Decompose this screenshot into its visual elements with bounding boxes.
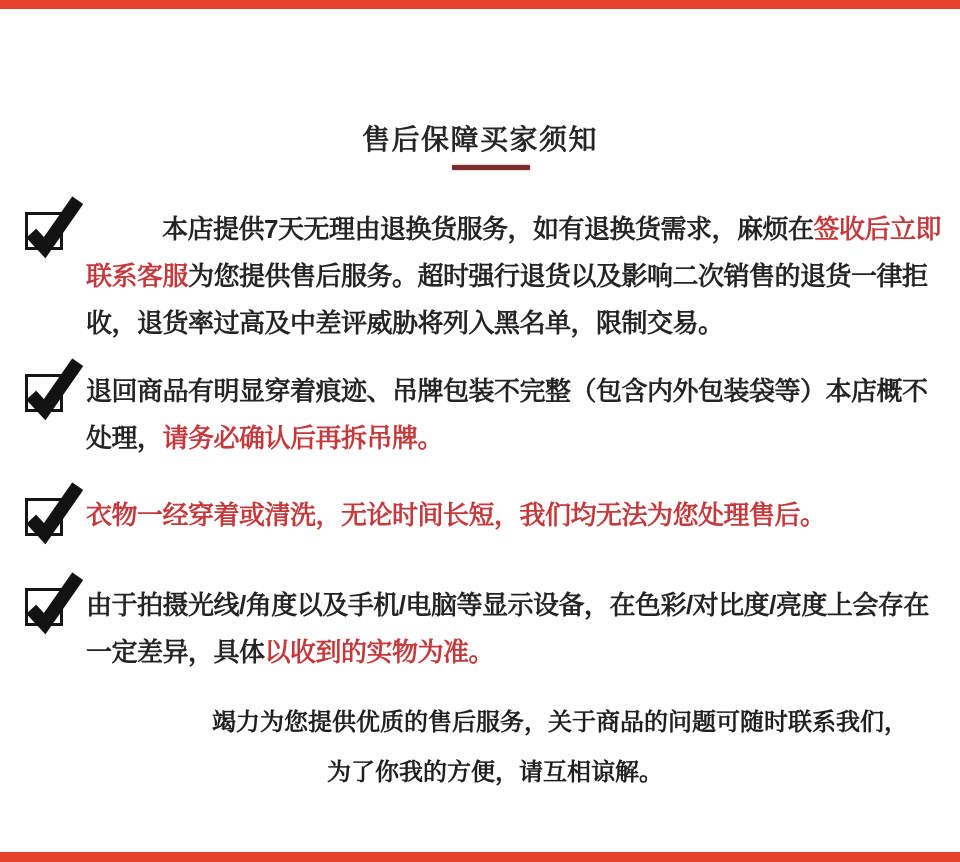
notice-text: 由于拍摄光线/角度以及手机/电脑等显示设备，在色彩/对比度/亮度上会存在 一定差… bbox=[86, 582, 942, 676]
text-segment-red: 衣物一经穿着或清洗，无论时间长短，我们均无法为您处理售后。 bbox=[86, 500, 826, 530]
notice-item-return-policy: 本店提供7天无理由退换货服务，如有退换货需求，麻烦在签收后立即 联系客服为您提供… bbox=[0, 206, 960, 347]
notice-item-tag-packaging: 退回商品有明显穿着痕迹、吊牌包装不完整（包含内外包装袋等）本店概不 处理，请务必… bbox=[0, 368, 960, 462]
checked-checkbox-icon bbox=[25, 212, 63, 250]
text-segment: 收，退货率过高及中差评威胁将列入黑名单，限制交易。 bbox=[86, 308, 724, 338]
text-segment: 本店提供7天无理由退换货服务，如有退换货需求，麻烦在 bbox=[162, 214, 813, 244]
title-underline bbox=[452, 165, 530, 170]
text-segment: 一定差异，具体 bbox=[86, 637, 265, 667]
notice-item-color-difference: 由于拍摄光线/角度以及手机/电脑等显示设备，在色彩/对比度/亮度上会存在 一定差… bbox=[0, 582, 960, 676]
bottom-accent-bar bbox=[0, 852, 960, 862]
notice-text: 本店提供7天无理由退换货服务，如有退换货需求，麻烦在签收后立即 联系客服为您提供… bbox=[86, 206, 942, 347]
footer-line: 为了你我的方便，请互相谅解。 bbox=[15, 748, 960, 798]
checked-checkbox-icon bbox=[25, 374, 63, 412]
text-segment: 由于拍摄光线/角度以及手机/电脑等显示设备，在色彩/对比度/亮度上会存在 bbox=[86, 590, 929, 620]
checked-checkbox-icon bbox=[25, 498, 63, 536]
page-title: 售后保障买家须知 bbox=[0, 118, 960, 158]
text-segment: 退回商品有明显穿着痕迹、吊牌包装不完整（包含内外包装袋等）本店概不 bbox=[86, 376, 928, 406]
notice-item-worn-washed: 衣物一经穿着或清洗，无论时间长短，我们均无法为您处理售后。 bbox=[0, 492, 960, 539]
text-segment-red: 请务必确认后再拆吊牌。 bbox=[163, 423, 444, 453]
text-segment: 处理， bbox=[86, 423, 163, 453]
checked-checkbox-icon bbox=[25, 588, 63, 626]
text-segment-red: 以收到的实物为准。 bbox=[265, 637, 495, 667]
notice-text: 衣物一经穿着或清洗，无论时间长短，我们均无法为您处理售后。 bbox=[86, 492, 942, 539]
text-segment-red: 联系客服 bbox=[86, 261, 188, 291]
text-segment: 为您提供售后服务。超时强行退货以及影响二次销售的退货一律拒 bbox=[188, 261, 928, 291]
top-accent-bar bbox=[0, 0, 960, 9]
text-segment-red: 签收后立即 bbox=[813, 214, 941, 244]
footer-note: 竭力为您提供优质的售后服务，关于商品的问题可随时联系我们， 为了你我的方便，请互… bbox=[0, 698, 960, 798]
footer-line: 竭力为您提供优质的售后服务，关于商品的问题可随时联系我们， bbox=[80, 698, 960, 748]
notice-text: 退回商品有明显穿着痕迹、吊牌包装不完整（包含内外包装袋等）本店概不 处理，请务必… bbox=[86, 368, 942, 462]
